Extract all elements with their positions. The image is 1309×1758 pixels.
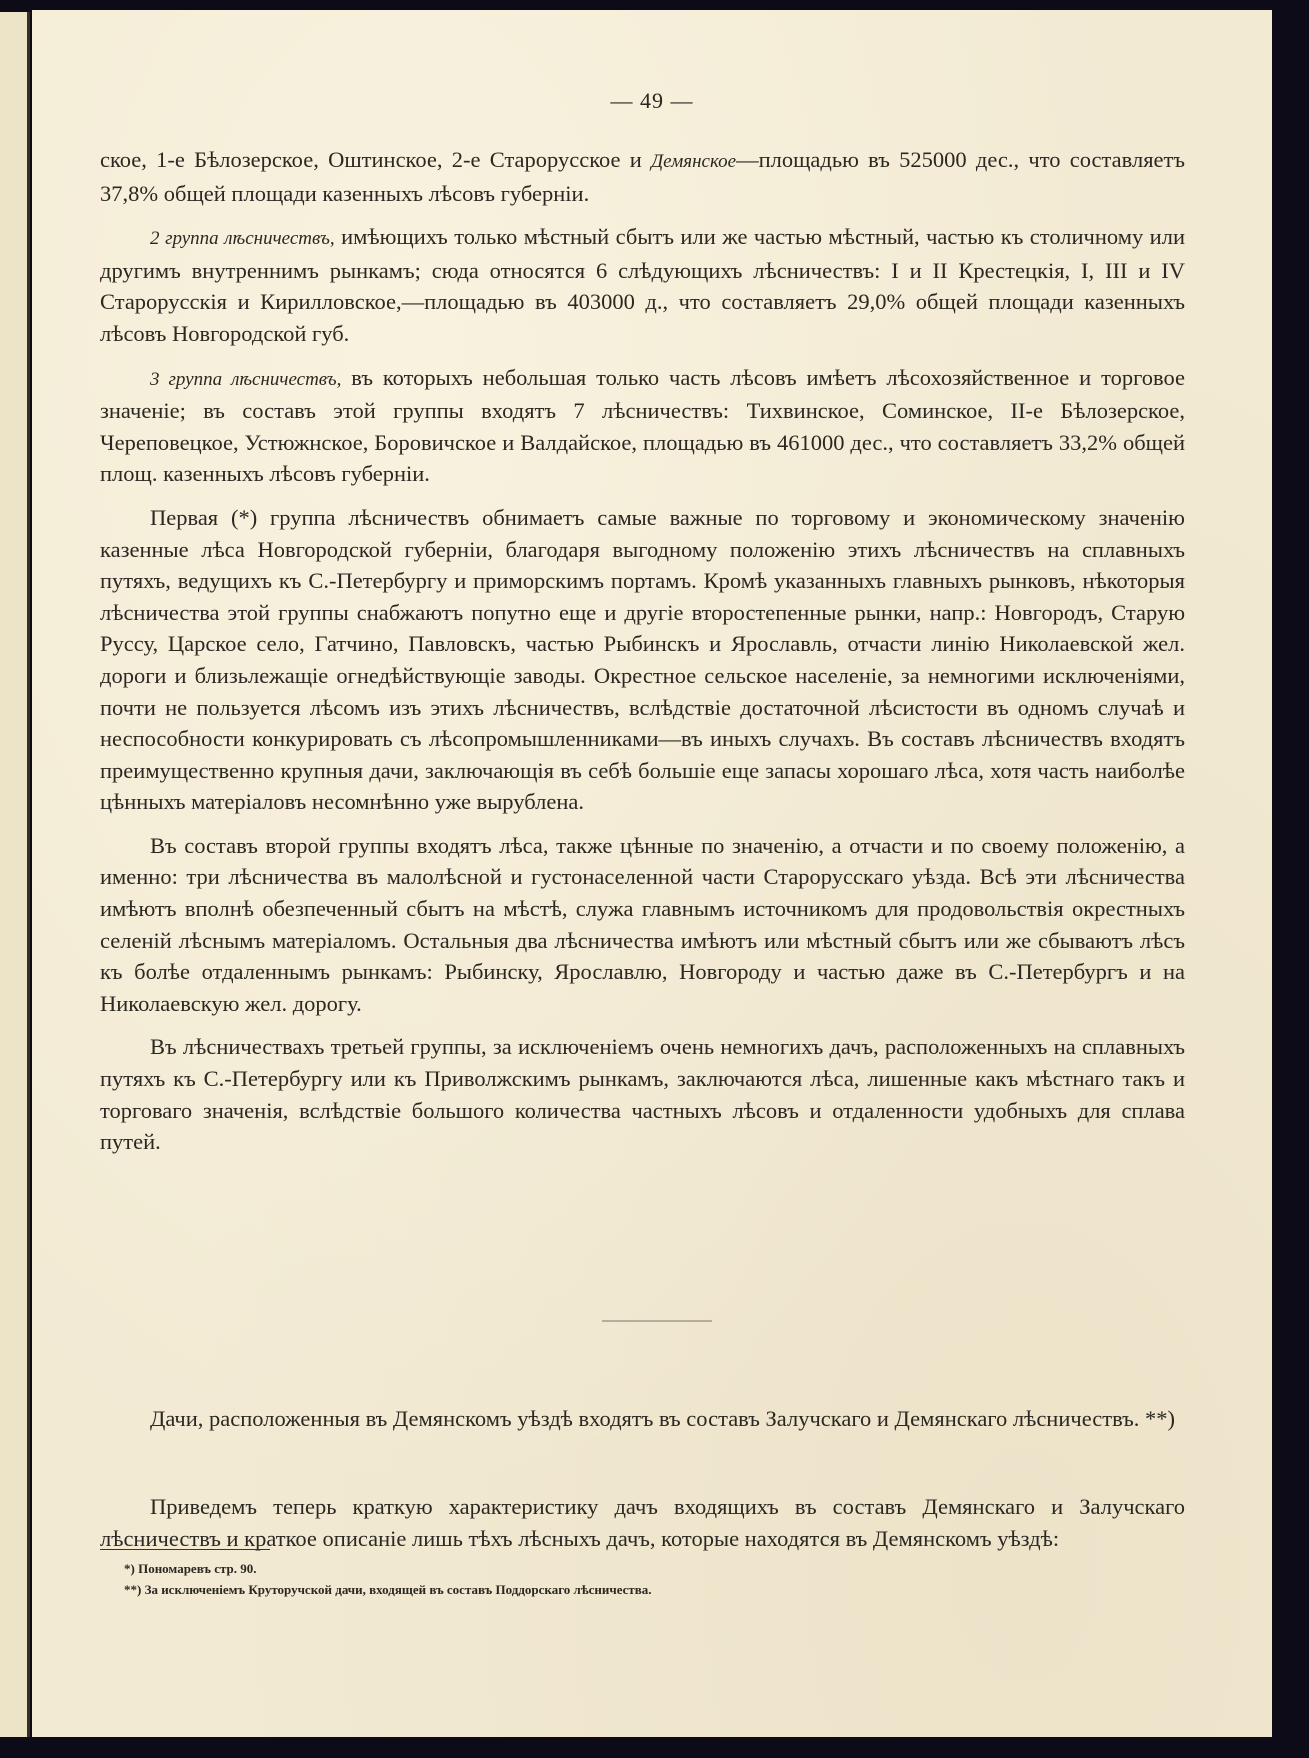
- footnotes: *) Пономаревъ стр. 90. **) За исключеніе…: [124, 1558, 652, 1600]
- paragraph-second-group: Въ составъ второй группы входятъ лѣса, т…: [100, 830, 1185, 1020]
- section-separator: [602, 1320, 712, 1322]
- paragraph-group-2: 2 группа лѣсничествъ, имѣющихъ только мѣ…: [100, 221, 1185, 349]
- italic-heading: 2 группа лѣсничествъ,: [150, 228, 335, 249]
- previous-page-edge: [0, 12, 30, 1737]
- paragraph-continuation: ское, 1-е Бѣлозерское, Оштинское, 2-е Ст…: [100, 144, 1185, 209]
- page-number: — 49 —: [32, 88, 1272, 114]
- paragraph-third-group: Въ лѣсничествахъ третьей группы, за искл…: [100, 1031, 1185, 1157]
- footnote-rule: [100, 1549, 270, 1550]
- paragraph-characteristic: Приведемъ теперь краткую характеристику …: [100, 1491, 1185, 1554]
- book-page: — 49 — ское, 1-е Бѣлозерское, Оштинское,…: [32, 10, 1272, 1737]
- italic-heading: 3 группа лѣсничествъ,: [150, 369, 341, 390]
- paragraph-group-3: 3 группа лѣсничествъ, въ которыхъ неболь…: [100, 362, 1185, 490]
- italic-term: Демянское: [651, 151, 736, 172]
- footnote-2: **) За исключеніемъ Круторучской дачи, в…: [124, 1579, 652, 1600]
- paragraph-first-group: Первая (*) группа лѣсничествъ обнимаетъ …: [100, 502, 1185, 818]
- footnote-1: *) Пономаревъ стр. 90.: [124, 1558, 652, 1579]
- scan-background: [1272, 0, 1309, 1758]
- main-text: ское, 1-е Бѣлозерское, Оштинское, 2-е Ст…: [100, 144, 1185, 1158]
- paragraph-demyansk: Дачи, расположенныя въ Демянскомъ уѣздѣ …: [100, 1403, 1185, 1435]
- lower-text: Дачи, расположенныя въ Демянскомъ уѣздѣ …: [100, 1380, 1185, 1577]
